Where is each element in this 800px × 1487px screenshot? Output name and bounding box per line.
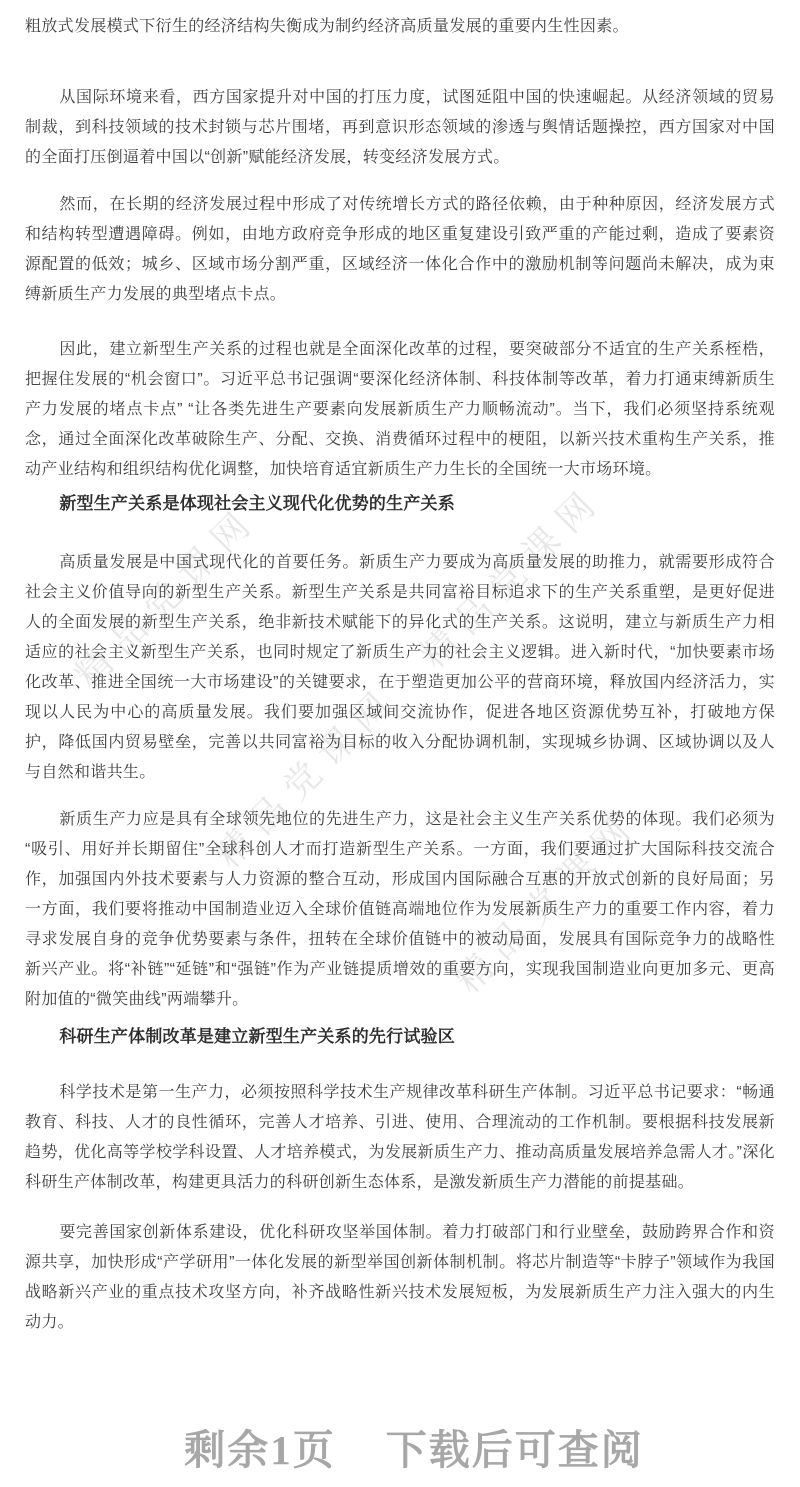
document-preview-page: 精品党课网 精品党课网 精品党课网 精品党课网 粗放式发展模式下衍生的经济结构失…: [0, 0, 800, 1487]
paragraph: 高质量发展是中国式现代化的首要任务。新质生产力要成为高质量发展的助推力，就需要形…: [25, 548, 775, 788]
paragraph: 因此，建立新型生产关系的过程也就是全面深化改革的过程，要突破部分不适宜的生产关系…: [25, 335, 775, 485]
pages-remaining-label: 剩余1页: [184, 1427, 336, 1473]
paragraph: 从国际环境来看，西方国家提升对中国的打压力度，试图延阻中国的快速崛起。从经济领域…: [25, 83, 775, 173]
paragraph: 要完善国家创新体系建设，优化科研攻坚举国体制。着力打破部门和行业壁垒，鼓励跨界合…: [25, 1218, 775, 1338]
download-hint-label: 下载后可查阅: [386, 1427, 644, 1473]
preview-remaining-notice: 剩余1页下载后可查阅: [25, 1417, 775, 1476]
paragraph: 新质生产力应是具有全球领先地位的先进生产力，这是社会主义生产关系优势的体现。我们…: [25, 805, 775, 1015]
section-heading: 科研生产体制改革是建立新型生产关系的先行试验区: [25, 1022, 775, 1052]
document-body: 粗放式发展模式下衍生的经济结构失衡成为制约经济高质量发展的重要内生性因素。 从国…: [25, 12, 775, 1476]
paragraph: 然而，在长期的经济发展过程中形成了对传统增长方式的路径依赖，由于种种原因，经济发…: [25, 190, 775, 310]
paragraph: 科学技术是第一生产力，必须按照科学技术生产规律改革科研生产体制。习近平总书记要求…: [25, 1078, 775, 1198]
section-heading: 新型生产关系是体现社会主义现代化优势的生产关系: [25, 489, 775, 519]
paragraph-continuation: 粗放式发展模式下衍生的经济结构失衡成为制约经济高质量发展的重要内生性因素。: [25, 12, 775, 42]
